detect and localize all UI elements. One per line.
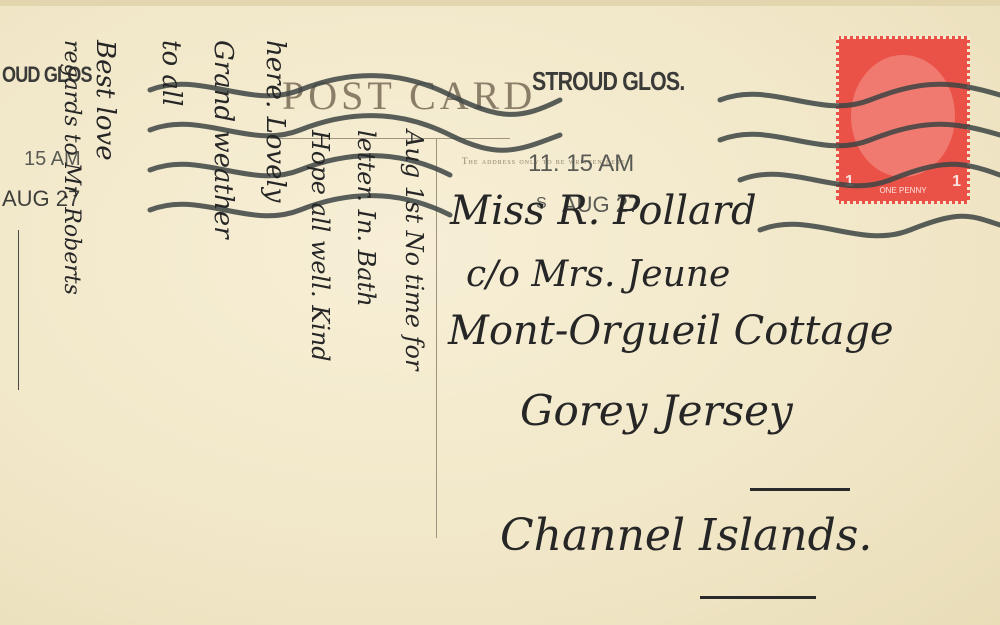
jersey-underline bbox=[750, 488, 850, 491]
address-line-2: c/o Mrs. Jeune bbox=[466, 254, 730, 295]
message-col-6: letter. In. Bath bbox=[352, 130, 380, 307]
address-line-3: Mont-Orgueil Cottage bbox=[448, 308, 894, 354]
message-col-8: regards to Mr. Roberts bbox=[59, 40, 84, 295]
message-col-1: Best love bbox=[90, 40, 120, 161]
address-line-5: Channel Islands. bbox=[500, 510, 872, 561]
message-col-5: Aug 1st No time for bbox=[400, 130, 428, 370]
islands-underline bbox=[700, 596, 816, 599]
message-col-4: here. Lovely bbox=[260, 40, 290, 202]
message-col-3: Grand weather bbox=[208, 40, 238, 239]
message-col-7: Hope all well. Kind bbox=[306, 130, 334, 362]
postcard: POST CARD The address only to be written… bbox=[0, 0, 1000, 625]
message-col-2: to all bbox=[156, 40, 186, 107]
address-line-4: Gorey Jersey bbox=[520, 386, 793, 435]
address-line-1: Miss R. Pollard bbox=[450, 188, 757, 234]
